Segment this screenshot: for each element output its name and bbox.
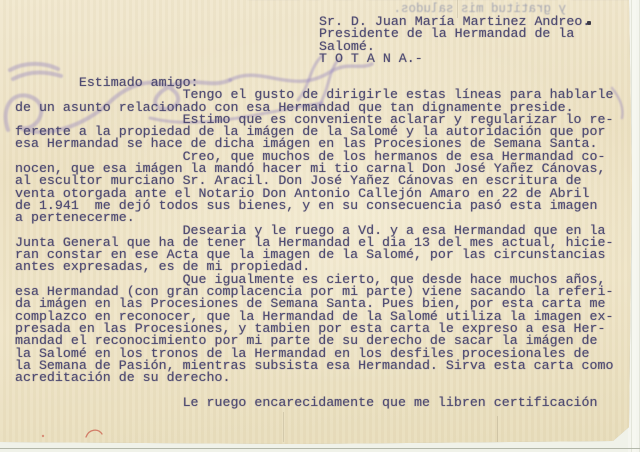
red-pen-mark xyxy=(0,0,640,452)
scanned-letter: ────────── ── ─── ──────────── ─────── ─… xyxy=(0,0,640,452)
scan-bed-bottom-line xyxy=(0,448,640,449)
letter-paper: ────────── ── ─── ──────────── ─────── ─… xyxy=(0,0,640,452)
